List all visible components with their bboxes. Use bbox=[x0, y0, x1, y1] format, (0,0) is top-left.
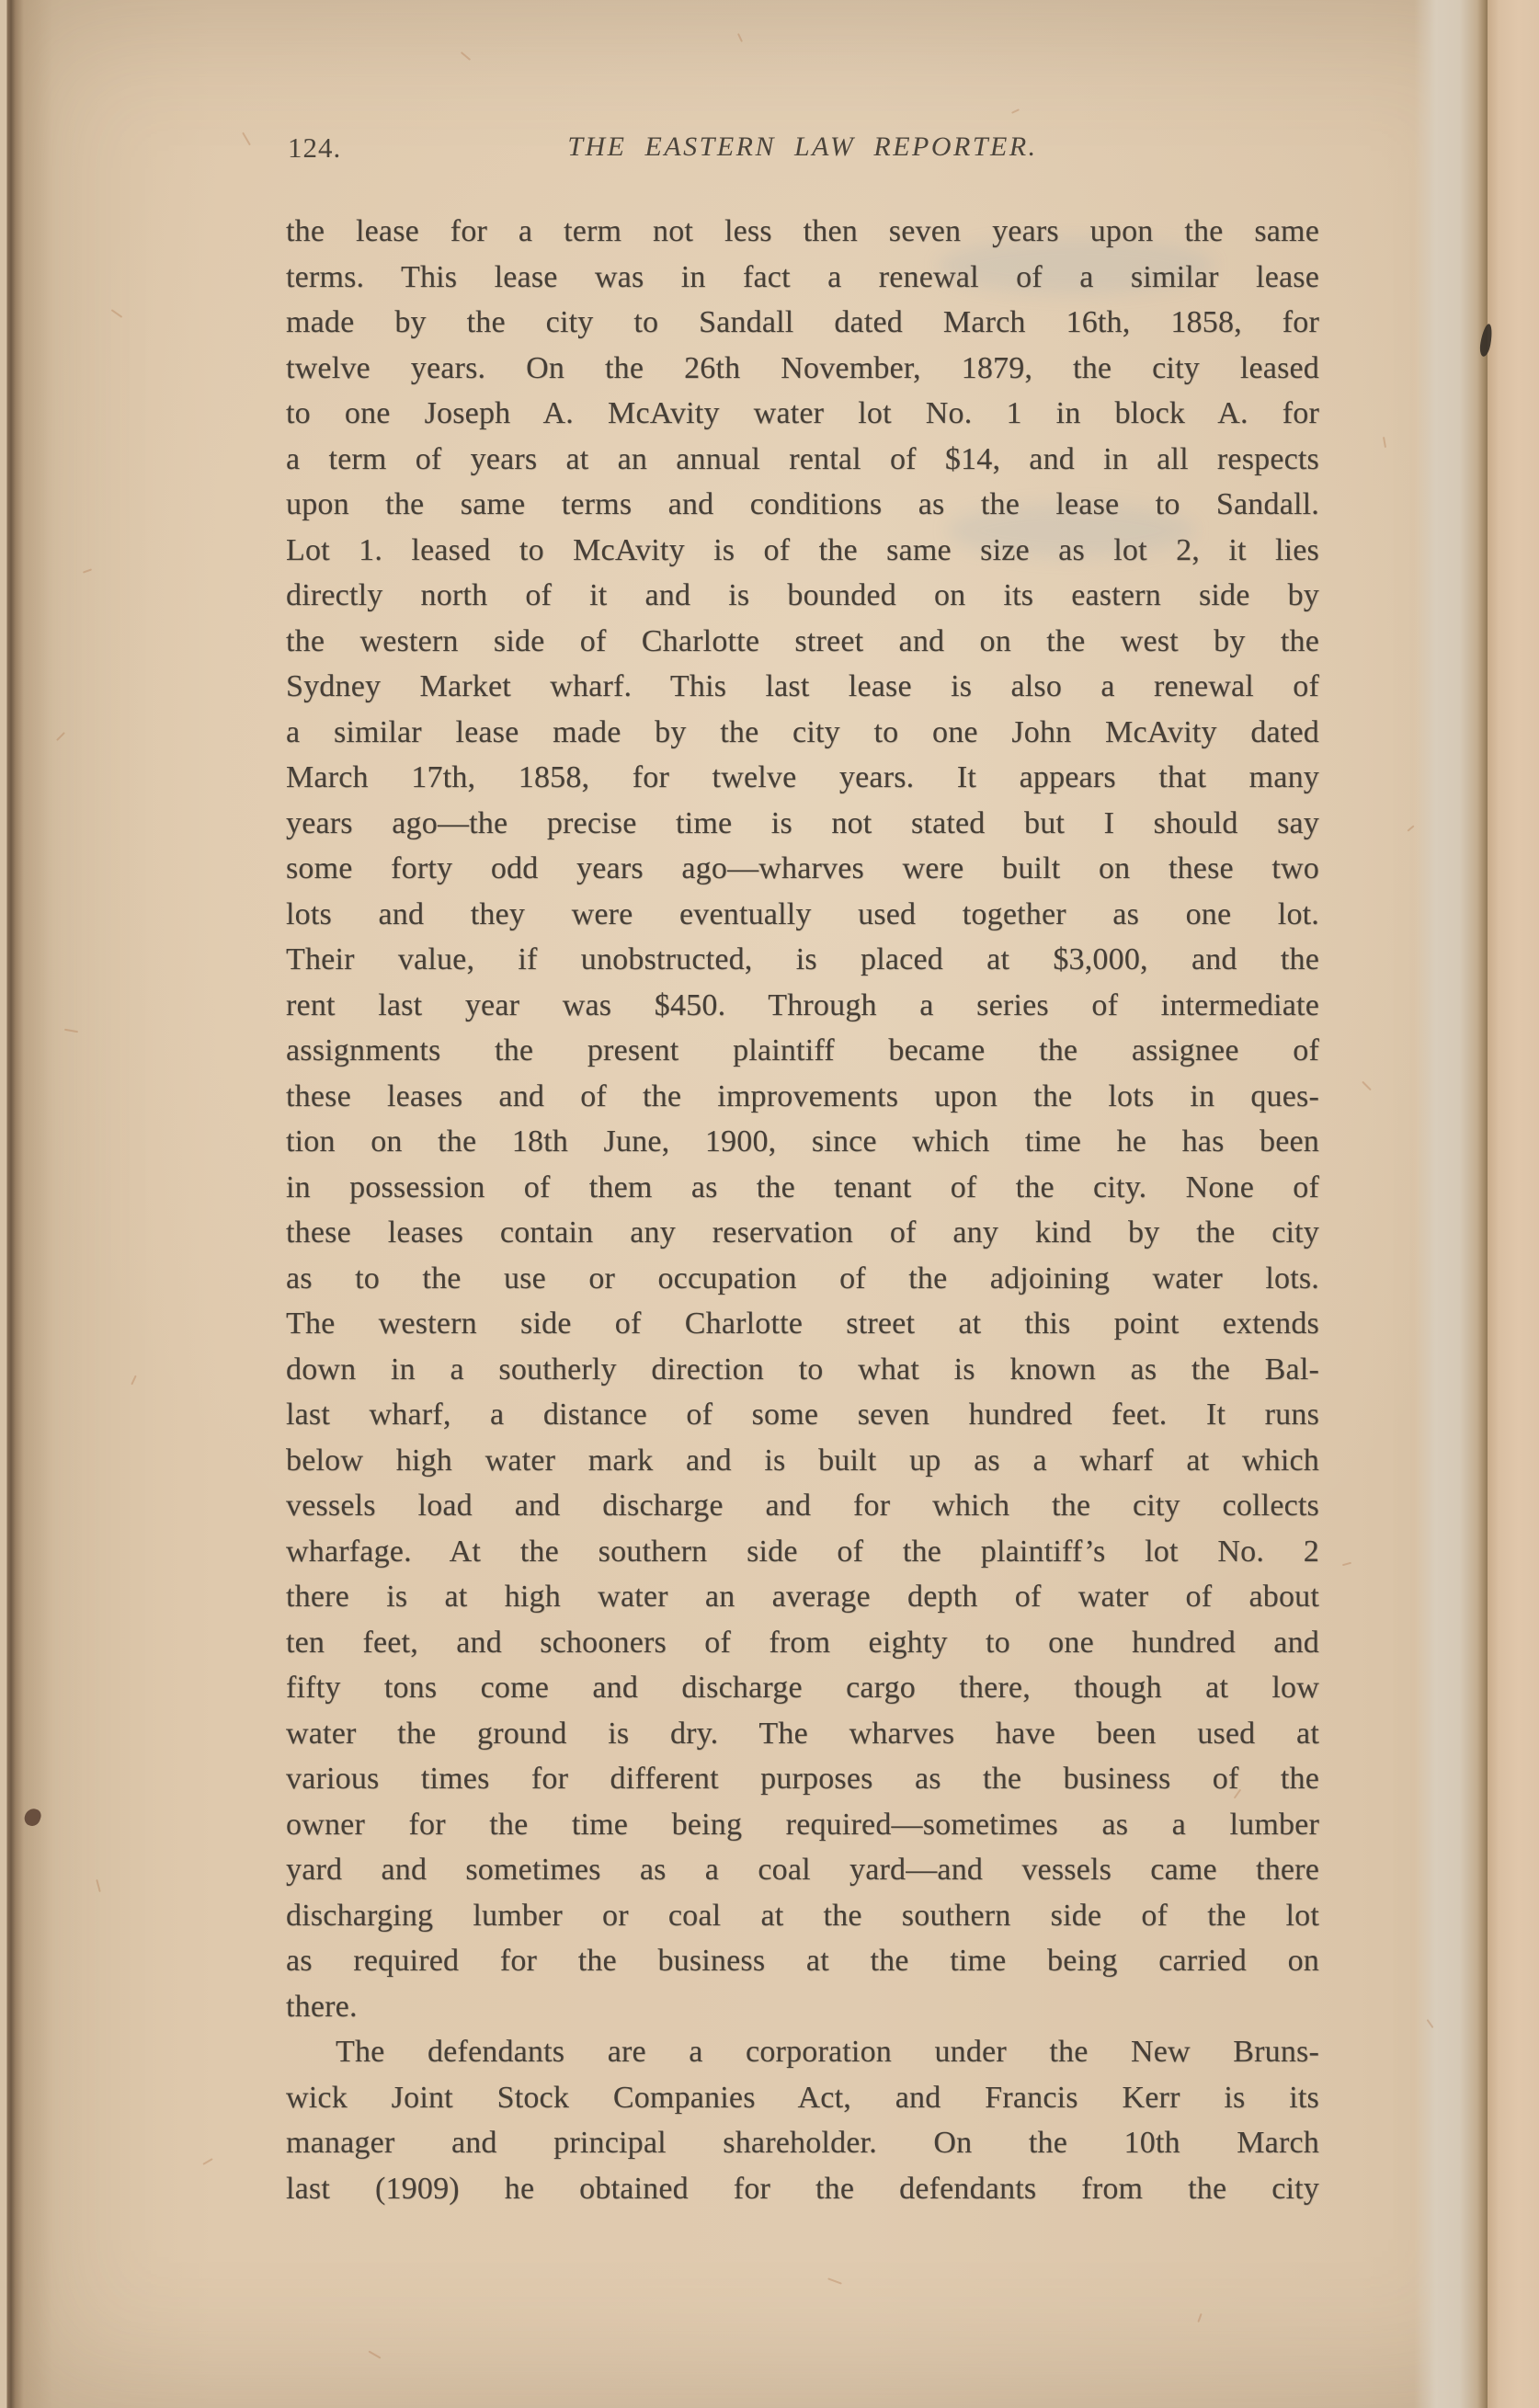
text-line: last wharf, a distance of some seven hun… bbox=[286, 1392, 1319, 1438]
text-line: the lease for a term not less then seven… bbox=[286, 209, 1319, 255]
text-line: directly north of it and is bounded on i… bbox=[286, 573, 1319, 619]
text-line: to one Joseph A. McAvity water lot No. 1… bbox=[286, 391, 1319, 437]
text-line: ten feet, and schooners of from eighty t… bbox=[286, 1620, 1319, 1666]
adjacent-page-edge bbox=[1488, 0, 1539, 2408]
text-line: as to the use or occupation of the adjoi… bbox=[286, 1256, 1319, 1302]
text-line: last (1909) he obtained for the defendan… bbox=[286, 2166, 1319, 2212]
text-line: these leases contain any reservation of … bbox=[286, 1210, 1319, 1256]
text-line: tion on the 18th June, 1900, since which… bbox=[286, 1119, 1319, 1165]
running-title: THE EASTERN LAW REPORTER. bbox=[567, 131, 1037, 163]
text-line: some forty odd years ago—wharves were bu… bbox=[286, 846, 1319, 892]
text-line: the western side of Charlotte street and… bbox=[286, 619, 1319, 665]
text-line: March 17th, 1858, for twelve years. It a… bbox=[286, 755, 1319, 801]
text-line: Their value, if unobstructed, is placed … bbox=[286, 937, 1319, 983]
text-line: Sydney Market wharf. This last lease is … bbox=[286, 664, 1319, 710]
text-line: owner for the time being required—someti… bbox=[286, 1802, 1319, 1848]
text-line: upon the same terms and conditions as th… bbox=[286, 482, 1319, 528]
text-line: twelve years. On the 26th November, 1879… bbox=[286, 346, 1319, 392]
text-line: a similar lease made by the city to one … bbox=[286, 710, 1319, 756]
text-line: there is at high water an average depth … bbox=[286, 1574, 1319, 1620]
text-line: yard and sometimes as a coal yard—and ve… bbox=[286, 1847, 1319, 1893]
text-line: these leases and of the improvements upo… bbox=[286, 1074, 1319, 1120]
text-line: The western side of Charlotte street at … bbox=[286, 1301, 1319, 1347]
text-line: The defendants are a corporation under t… bbox=[286, 2029, 1319, 2075]
text-line: there. bbox=[286, 1984, 1319, 2030]
text-line: made by the city to Sandall dated March … bbox=[286, 300, 1319, 346]
text-line: years ago—the precise time is not stated… bbox=[286, 801, 1319, 847]
text-line: assignments the present plaintiff became… bbox=[286, 1028, 1319, 1074]
text-line: wharfage. At the southern side of the pl… bbox=[286, 1529, 1319, 1575]
text-line: lots and they were eventually used toget… bbox=[286, 892, 1319, 938]
text-line: discharging lumber or coal at the southe… bbox=[286, 1893, 1319, 1939]
page-header: 124. THE EASTERN LAW REPORTER. bbox=[286, 131, 1319, 172]
binding-edge bbox=[0, 0, 51, 2408]
text-line: in possession of them as the tenant of t… bbox=[286, 1165, 1319, 1211]
text-line: various times for different purposes as … bbox=[286, 1756, 1319, 1802]
text-line: terms. This lease was in fact a renewal … bbox=[286, 255, 1319, 301]
text-line: Lot 1. leased to McAvity is of the same … bbox=[286, 528, 1319, 574]
text-line: manager and principal shareholder. On th… bbox=[286, 2120, 1319, 2166]
text-line: vessels load and discharge and for which… bbox=[286, 1483, 1319, 1529]
book-page-scan: 124. THE EASTERN LAW REPORTER. the lease… bbox=[0, 0, 1539, 2408]
page-curl-edge bbox=[1414, 0, 1488, 2408]
text-line: as required for the business at the time… bbox=[286, 1938, 1319, 1984]
text-line: fifty tons come and discharge cargo ther… bbox=[286, 1665, 1319, 1711]
text-line: rent last year was $450. Through a serie… bbox=[286, 983, 1319, 1029]
text-line: water the ground is dry. The wharves hav… bbox=[286, 1711, 1319, 1757]
text-line: a term of years at an annual rental of $… bbox=[286, 437, 1319, 483]
text-line: below high water mark and is built up as… bbox=[286, 1438, 1319, 1484]
body-text: the lease for a term not less then seven… bbox=[286, 209, 1319, 2211]
text-line: wick Joint Stock Companies Act, and Fran… bbox=[286, 2075, 1319, 2121]
page-number: 124. bbox=[288, 131, 341, 165]
text-line: down in a southerly direction to what is… bbox=[286, 1347, 1319, 1393]
